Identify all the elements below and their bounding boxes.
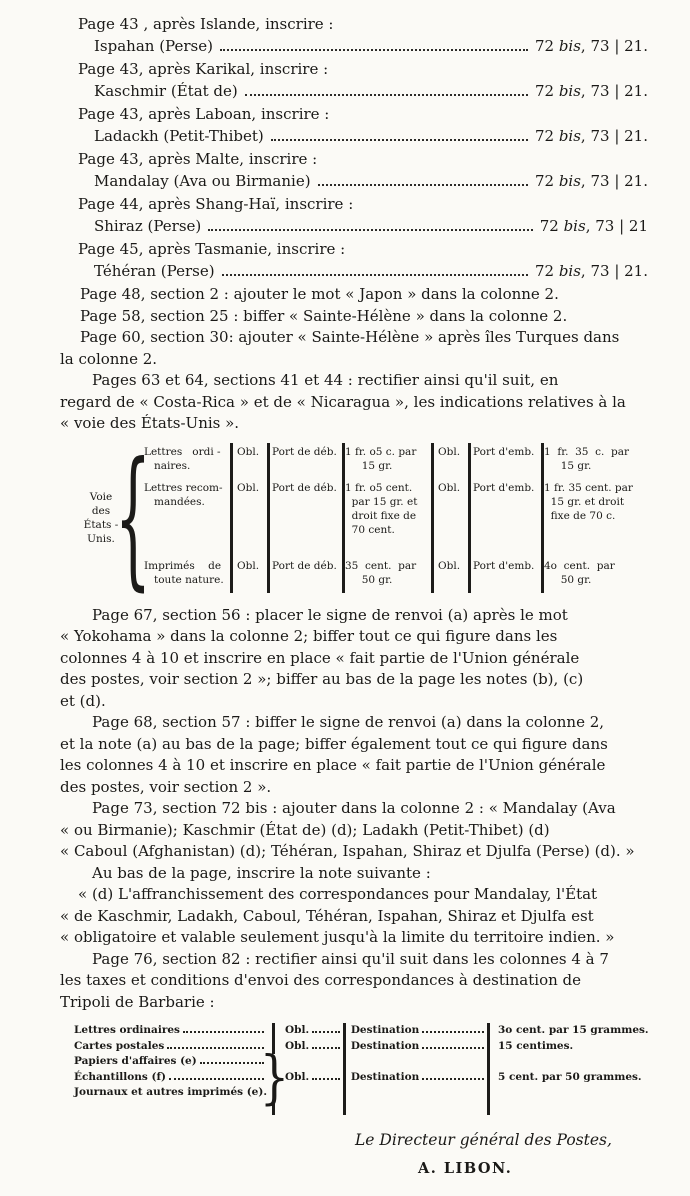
right-brace: } [259,1054,289,1100]
cell-obl: Obl. [438,557,468,589]
left-brace: { [129,443,137,593]
column-obl: Obl. Obl. Obl. [434,443,468,593]
cell-value: 5 cent. par 50 grammes. [498,1070,642,1086]
cell-port: Port d'emb. [473,557,541,589]
note-line: Page 58, section 25 : biffer « Sainte-Hé… [60,306,648,328]
entry-name: Téhéran (Perse) [94,261,215,283]
entry-name: Ispahan (Perse) [94,36,213,58]
cell-tarif: 1 fr. o5 cent. par 15 gr. et droit fixe … [345,479,431,557]
errata-entry: Page 43, après Malte, inscrire : Mandala… [60,149,648,192]
paragraph-page-67: Page 67, section 56 : placer le signe de… [60,605,648,713]
entry-ref: 72 bis, 73 | 21. [535,126,648,148]
cell-item: Journaux et autres imprimés (e). [74,1085,267,1101]
cell-tarif: 4o cent. par 50 gr. [544,557,648,589]
entry-ref: 72 bis, 73 | 21. [535,261,648,283]
column-items: Lettres ordinaires Cartes postales Papie… [74,1023,267,1115]
cell-item: Imprimés de toute nature. [144,557,230,589]
errata-entry: Page 43, après Karikal, inscrire : Kasch… [60,59,648,102]
entry-name: Shiraz (Perse) [94,216,201,238]
cell-obl: Obl. [237,443,267,479]
entry-intro: Page 43, après Karikal, inscrire : [60,59,648,81]
entry-intro: Page 44, après Shang-Haï, inscrire : [60,194,648,216]
errata-list: Page 43 , après Islande, inscrire : Ispa… [60,14,648,282]
cell-destination: Destination [351,1039,419,1055]
cell-tarif: 35 cent. par 50 gr. [345,557,431,589]
dot-leader [422,1047,484,1049]
entry-ref: 72 bis, 73 | 21 [540,216,648,238]
dot-leader [271,139,528,141]
signature-name: A. LIBON. [418,1160,648,1177]
dot-leader [245,94,528,96]
entry-intro: Page 43 , après Islande, inscrire : [60,14,648,36]
column-values: 3o cent. par 15 grammes. 15 centimes. 5 … [490,1023,648,1115]
signature-title: Le Directeur général des Postes, [355,1131,648,1149]
cell-obl: Obl. [438,479,468,557]
entry-name: Ladackh (Petit-Thibet) [94,126,264,148]
dot-leader [208,229,532,231]
cell-item: Papiers d'affaires (e) [74,1054,197,1070]
dot-leader [318,184,528,186]
tariff-table-tripoli: Lettres ordinaires Cartes postales Papie… [74,1023,648,1115]
dot-leader [422,1078,484,1080]
column-obl: Obl. Obl. Obl. [233,443,267,593]
paragraph-note-intro: Au bas de la page, inscrire la note suiv… [60,863,648,885]
column-items: Lettres ordi - naires. Lettres recom- ma… [144,443,230,593]
dot-leader [167,1047,264,1049]
cell-port: Port de déb. [272,443,342,479]
cell-value: 3o cent. par 15 grammes. [498,1023,649,1039]
cell-obl: Obl. [237,479,267,557]
entry-intro: Page 43, après Laboan, inscrire : [60,104,648,126]
cell-item: Échantillons (f) [74,1070,166,1086]
cell-obl: Obl. [237,557,267,589]
dot-leader [220,49,528,51]
entry-ref: 72 bis, 73 | 21. [535,36,648,58]
paragraph-page-73: Page 73, section 72 bis : ajouter dans l… [60,798,648,863]
errata-entry: Page 44, après Shang-Haï, inscrire : Shi… [60,194,648,237]
entry-ref: 72 bis, 73 | 21. [535,81,648,103]
entry-name: Mandalay (Ava ou Birmanie) [94,171,311,193]
column-port-deb: Port de déb. Port de déb. Port de déb. [270,443,342,593]
note-line: Page 48, section 2 : ajouter le mot « Ja… [60,284,648,306]
entry-name: Kaschmir (État de) [94,81,238,103]
dot-leader [183,1031,264,1033]
entry-intro: Page 45, après Tasmanie, inscrire : [60,239,648,261]
cell-destination: Destination [351,1023,419,1039]
column-port-emb: Port d'emb. Port d'emb. Port d'emb. [471,443,541,593]
column-tarif-deb: 1 fr. o5 c. par 15 gr. 1 fr. o5 cent. pa… [345,443,431,593]
cell-tarif: 1 fr. o5 c. par 15 gr. [345,443,431,479]
cell-tarif: 1 fr. 35 cent. par 15 gr. et droit fixe … [544,479,648,557]
note-line: Page 60, section 30: ajouter « Sainte-Hé… [60,327,648,370]
dot-leader [312,1031,340,1033]
column-obl: Obl. Obl. Obl. [281,1023,343,1115]
paragraph-note-d: « (d) L'affranchissement des corresponda… [60,884,648,949]
cell-item: Cartes postales [74,1039,164,1055]
errata-entry: Page 45, après Tasmanie, inscrire : Téhé… [60,239,648,282]
cell-value: 15 centimes. [498,1039,573,1055]
cell-tarif: 1 fr. 35 c. par 15 gr. [544,443,648,479]
errata-entry: Page 43 , après Islande, inscrire : Ispa… [60,14,648,57]
dot-leader [312,1047,340,1049]
group-divider: } [267,1023,281,1115]
cell-obl: Obl. [285,1023,309,1039]
document-page: Page 43 , après Islande, inscrire : Ispa… [0,0,690,1177]
cell-obl: Obl. [438,443,468,479]
dot-leader [222,274,528,276]
cell-port: Port de déb. [272,557,342,589]
cell-item: Lettres ordinaires [74,1023,180,1039]
cell-item: Lettres ordi - naires. [144,443,230,479]
dot-leader [200,1062,264,1064]
dot-leader [169,1078,264,1080]
dot-leader [422,1031,484,1033]
paragraph-page-68: Page 68, section 57 : biffer le signe de… [60,712,648,798]
paragraph-pages-63-64: Pages 63 et 64, sections 41 et 44 : rect… [60,370,648,435]
cell-destination: Destination [351,1070,419,1086]
column-tarif-emb: 1 fr. 35 c. par 15 gr. 1 fr. 35 cent. pa… [544,443,648,593]
cell-item: Lettres recom- mandées. [144,479,230,557]
entry-intro: Page 43, après Malte, inscrire : [60,149,648,171]
column-destination: Destination Destination Destination [346,1023,487,1115]
dot-leader [312,1078,340,1080]
cell-port: Port de déb. [272,479,342,557]
entry-ref: 72 bis, 73 | 21. [535,171,648,193]
errata-entry: Page 43, après Laboan, inscrire : Ladack… [60,104,648,147]
paragraph-page-76: Page 76, section 82 : rectifier ainsi qu… [60,949,648,1014]
cell-port: Port d'emb. [473,443,541,479]
cell-port: Port d'emb. [473,479,541,557]
tariff-table-voie-etats-unis: Voie des États - Unis. { Lettres ordi - … [80,443,648,593]
